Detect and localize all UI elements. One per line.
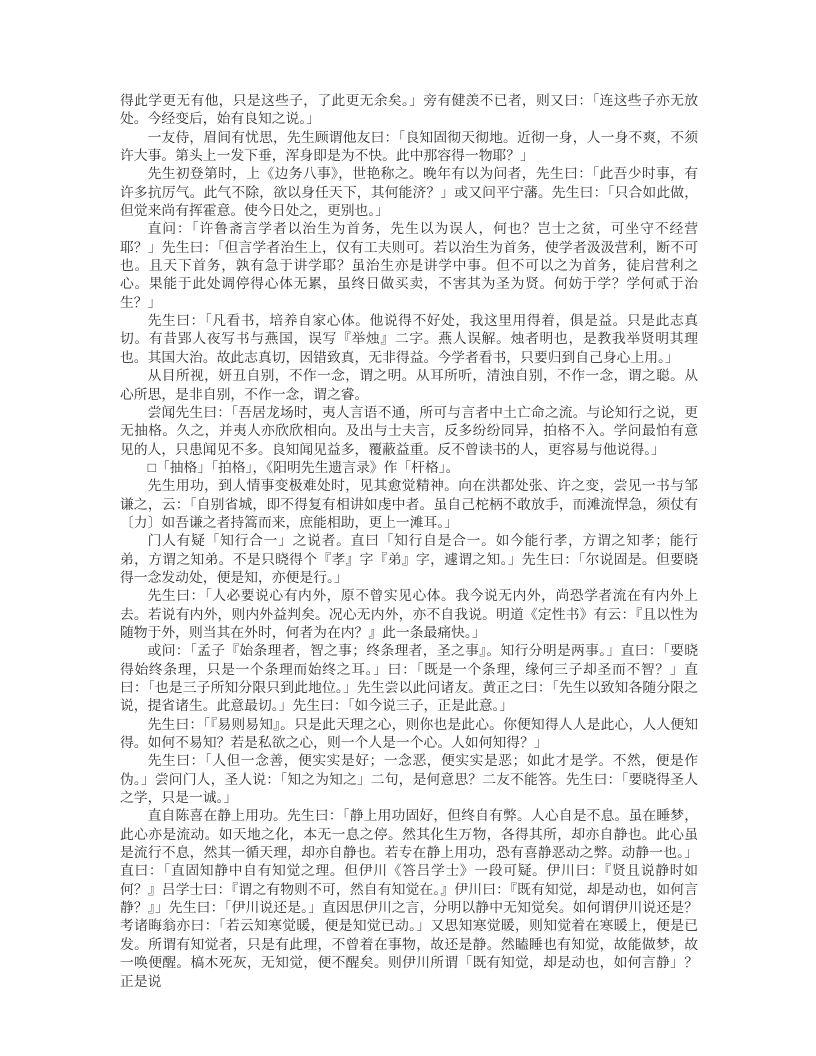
paragraph: 直问：「许鲁斋言学者以治生为首务，先生以为误人，何也？岂士之贫，可坐守不经营耶？… <box>120 220 698 312</box>
paragraph: 从目所视，妍丑自别，不作一念，谓之明。从耳所听，清浊自别，不作一念，谓之聪。从心… <box>120 367 698 404</box>
paragraph: 先生用功，到人情事变极难处时，见其愈觉精神。向在洪都处张、许之变，尝见一书与邹谦… <box>120 477 698 532</box>
paragraph: 尝闻先生曰：「吾居龙场时，夷人言语不通，所可与言者中土亡命之流。与论知行之说，更… <box>120 404 698 459</box>
paragraph: 先生初登第时，上《边务八事》，世艳称之。晚年有以为问者，先生曰：「此吾少时事，有… <box>120 165 698 220</box>
text-block: 得此学更无有他，只是这些子，了此更无余矣。」旁有健羡不已者，则又曰：「连这些子亦… <box>120 92 698 991</box>
paragraph-annotation-note: □「抽格」「拍格」，《阳明先生遗言录》作「杆格」。 <box>120 459 698 477</box>
paragraph: 或问：「孟子『始条理者，智之事；终条理者，圣之事』。知行分明是两事。」直曰：「要… <box>120 642 698 715</box>
paragraph: 一友侍，眉间有忧思，先生顾谓他友曰：「良知固彻天彻地。近彻一身，人一身不爽，不须… <box>120 129 698 166</box>
paragraph: 门人有疑「知行合一」之说者。直曰「知行自是合一。如今能行孝，方谓之知孝；能行弟，… <box>120 532 698 587</box>
document-page: 得此学更无有他，只是这些子，了此更无余矣。」旁有健羡不已者，则又曰：「连这些子亦… <box>0 0 816 1056</box>
paragraph: 先生曰：「人但一念善，便实实是好；一念恶，便实实是恶；如此才是学。不然，便是作伪… <box>120 752 698 807</box>
paragraph: 先生曰：「『易则易知』。只是此天理之心，则你也是此心。你便知得人人是此心，人人便… <box>120 716 698 753</box>
paragraph: 得此学更无有他，只是这些子，了此更无余矣。」旁有健羡不已者，则又曰：「连这些子亦… <box>120 92 698 129</box>
paragraph: 直自陈喜在静上用功。先生曰：「静上用功固好，但终自有弊。人心自是不息。虽在睡梦，… <box>120 807 698 990</box>
paragraph: 先生曰：「人必要说心有内外，原不曾实见心体。我今说无内外，尚恐学者流在有内外上去… <box>120 587 698 642</box>
paragraph: 先生曰：「凡看书，培养自家心体。他说得不好处，我这里用得着，俱是益。只是此志真切… <box>120 312 698 367</box>
